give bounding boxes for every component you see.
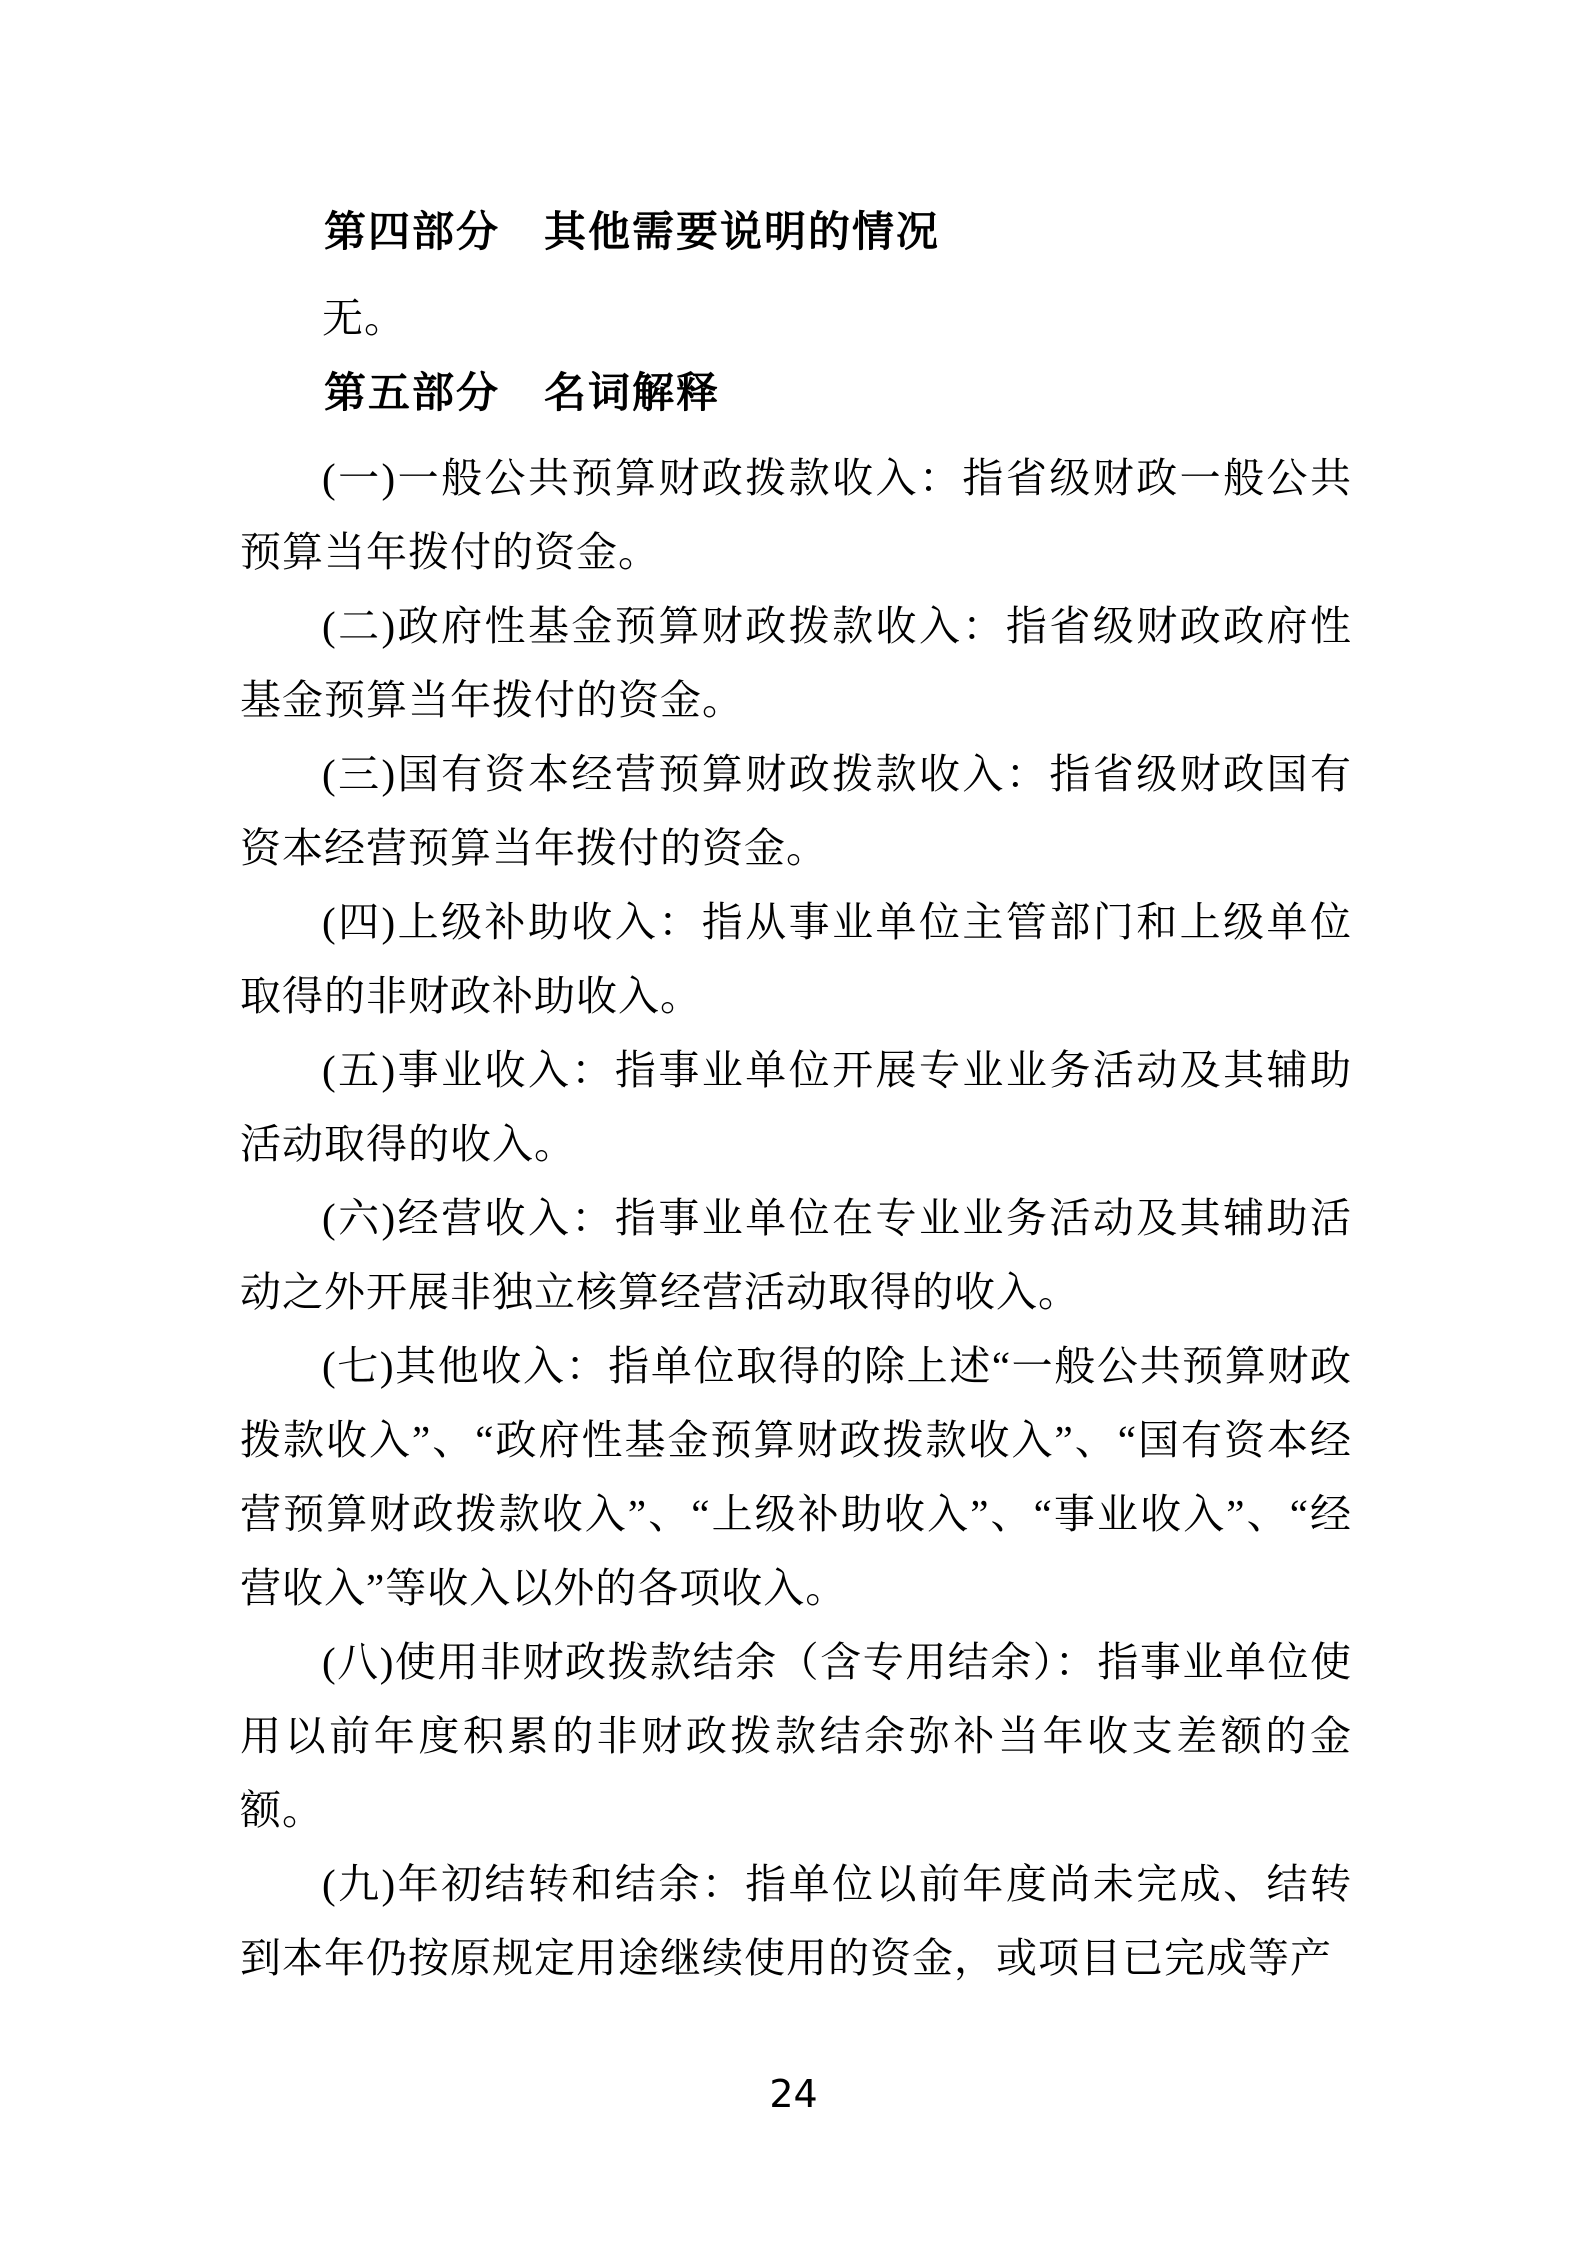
term-definition-7: (七)其他收入：指单位取得的除上述“一般公共预算财政拨款收入”、“政府性基金预算… [240, 1329, 1352, 1625]
document-content: 第四部分 其他需要说明的情况 无。 第五部分 名词解释 (一)一般公共预算财政拨… [240, 192, 1352, 1995]
document-page: 第四部分 其他需要说明的情况 无。 第五部分 名词解释 (一)一般公共预算财政拨… [0, 0, 1587, 2245]
term-definition-6: (六)经营收入：指事业单位在专业业务活动及其辅助活动之外开展非独立核算经营活动取… [240, 1181, 1352, 1329]
page-number: 24 [0, 2072, 1587, 2116]
section-heading-part4: 第四部分 其他需要说明的情况 [240, 192, 1352, 272]
term-definition-9: (九)年初结转和结余：指单位以前年度尚未完成、结转到本年仍按原规定用途继续使用的… [240, 1847, 1352, 1995]
term-definition-1: (一)一般公共预算财政拨款收入：指省级财政一般公共预算当年拨付的资金。 [240, 441, 1352, 589]
paragraph-none: 无。 [240, 283, 1352, 353]
term-definition-2: (二)政府性基金预算财政拨款收入：指省级财政政府性基金预算当年拨付的资金。 [240, 589, 1352, 737]
section-heading-part5: 第五部分 名词解释 [240, 353, 1352, 433]
term-definition-8: (八)使用非财政拨款结余（含专用结余）：指事业单位使用以前年度积累的非财政拨款结… [240, 1625, 1352, 1847]
term-definition-5: (五)事业收入：指事业单位开展专业业务活动及其辅助活动取得的收入。 [240, 1033, 1352, 1181]
glossary-terms: (一)一般公共预算财政拨款收入：指省级财政一般公共预算当年拨付的资金。 (二)政… [240, 441, 1352, 1995]
term-definition-4: (四)上级补助收入：指从事业单位主管部门和上级单位取得的非财政补助收入。 [240, 885, 1352, 1033]
term-definition-3: (三)国有资本经营预算财政拨款收入：指省级财政国有资本经营预算当年拨付的资金。 [240, 737, 1352, 885]
